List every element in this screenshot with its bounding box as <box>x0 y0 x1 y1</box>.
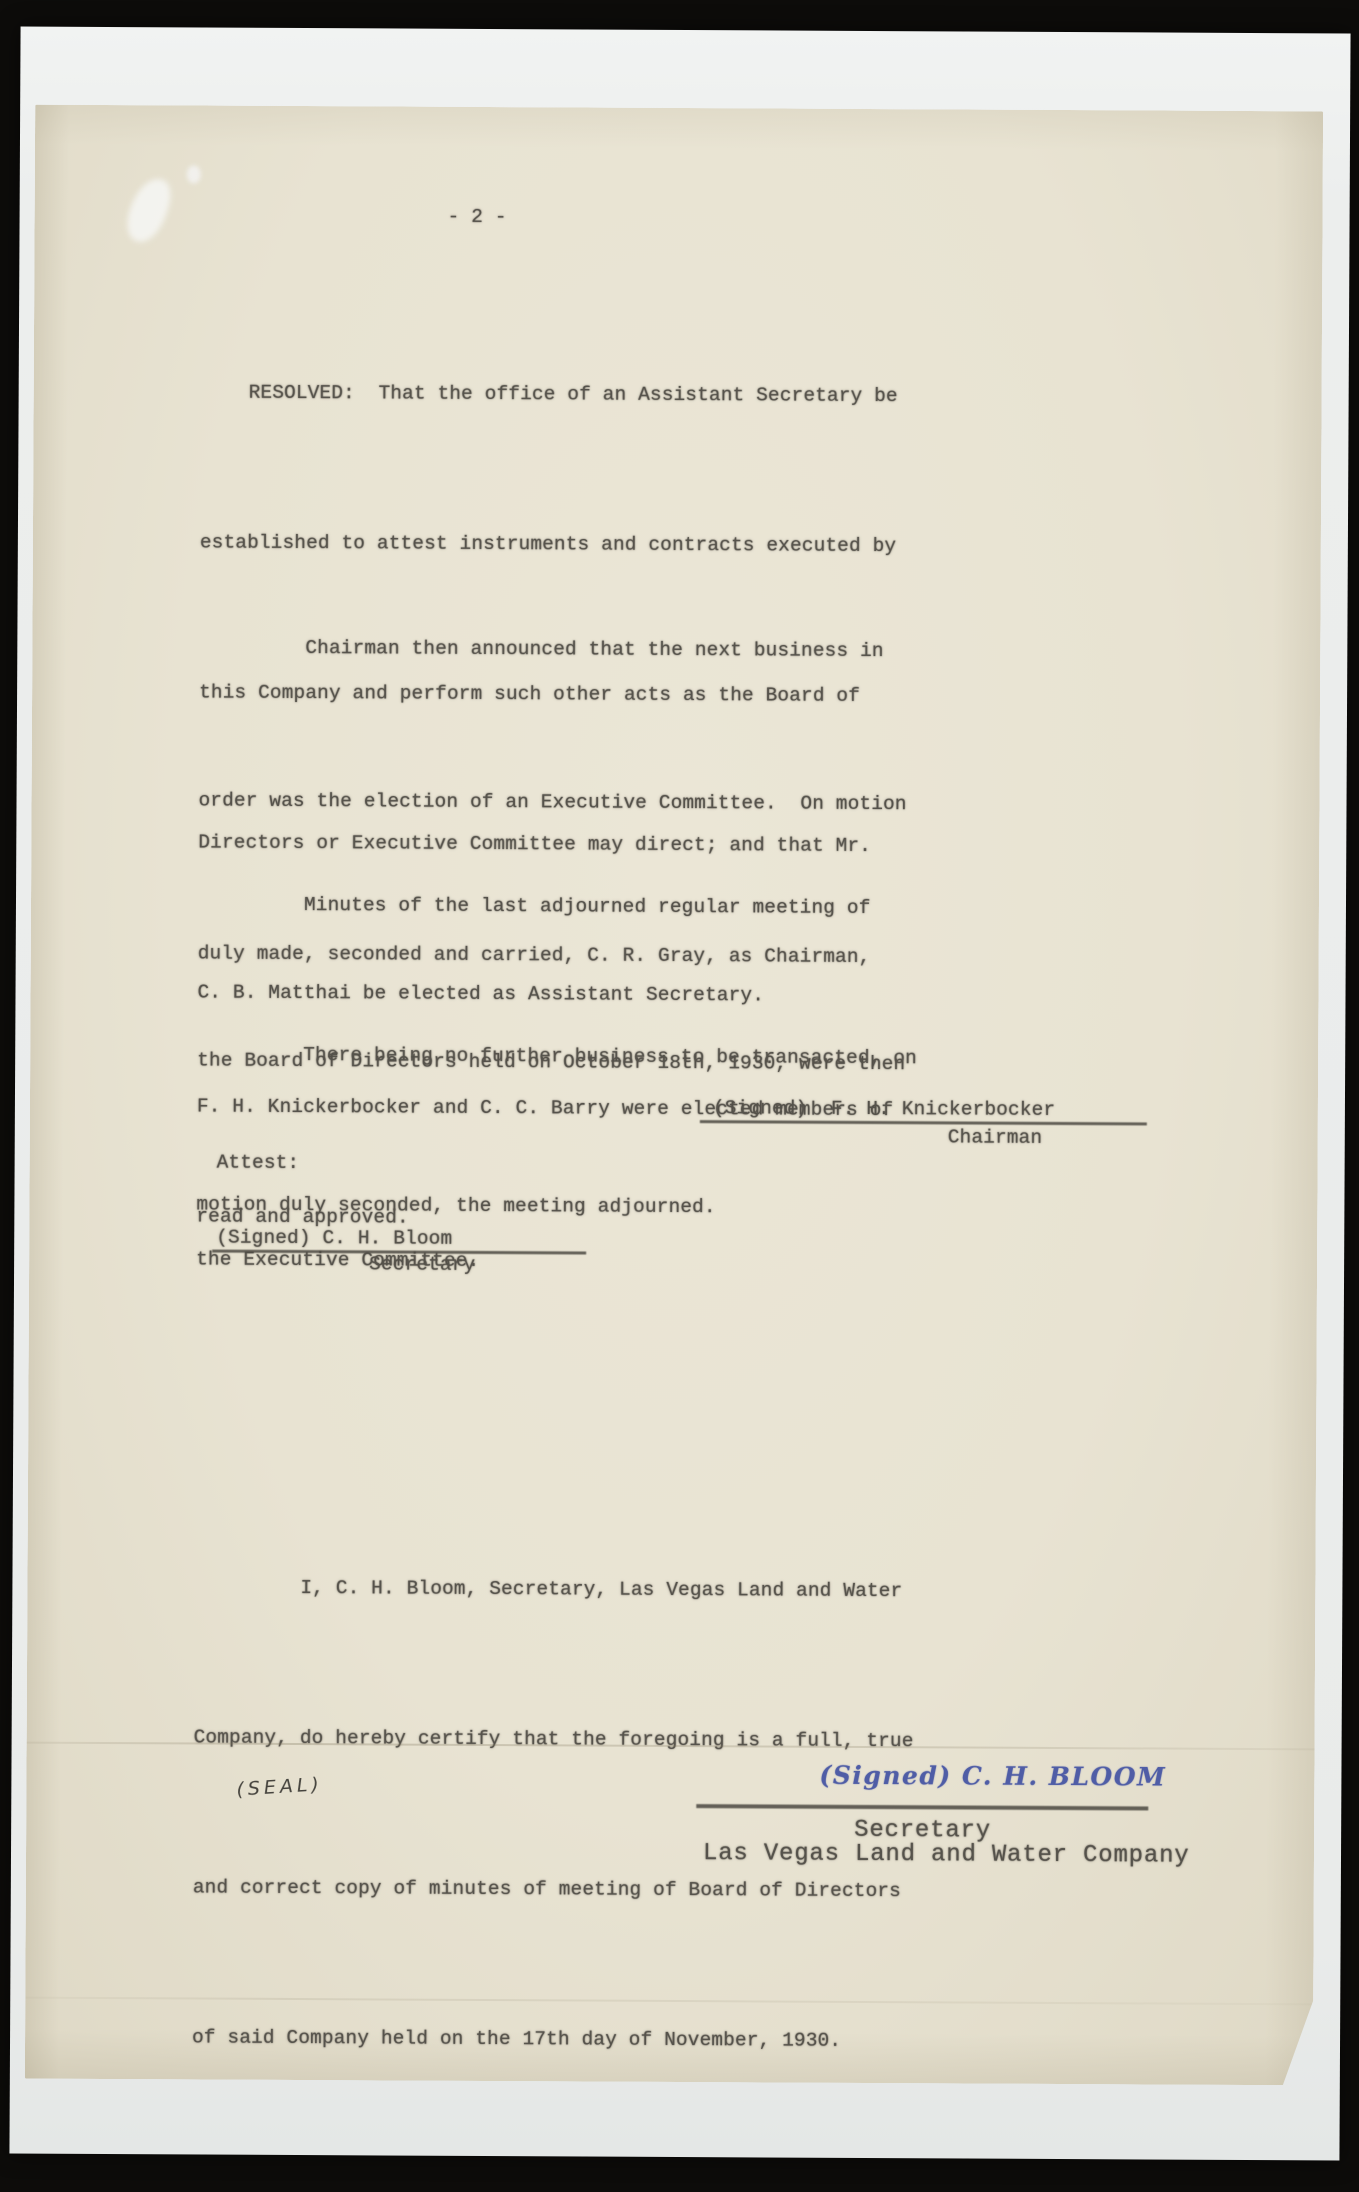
text-line: Company, do hereby certify that the fore… <box>193 1712 913 1766</box>
paragraph-certification: I, C. H. Bloom, Secretary, Las Vegas Lan… <box>191 1462 915 2166</box>
text-line: I, C. H. Bloom, Secretary, Las Vegas Lan… <box>194 1562 914 1616</box>
paper-scuff <box>121 173 176 247</box>
text-line: There being no further business to be tr… <box>197 1029 917 1083</box>
stamp-signature-bloom: (Signed) C. H. BLOOM <box>819 1761 1166 1792</box>
bottom-company-name: Las Vegas Land and Water Company <box>703 1834 1190 1877</box>
paper-scuff-small <box>187 165 201 183</box>
backing-sheet: - 2 - RESOLVED: That the office of an As… <box>9 27 1350 2161</box>
text-line: RESOLVED: That the office of an Assistan… <box>201 367 898 421</box>
signature-title-chairman: Chairman <box>948 1112 1043 1162</box>
attest-label: Attest: <box>217 1138 300 1188</box>
text-line: Chairman then announced that the next bu… <box>199 622 907 677</box>
page-number: - 2 - <box>447 192 506 242</box>
text-line: Minutes of the last adjourned regular me… <box>198 878 906 934</box>
document-page: - 2 - RESOLVED: That the office of an As… <box>25 105 1323 2086</box>
attest-title-secretary: Secretary <box>369 1239 475 1290</box>
scan-background: - 2 - RESOLVED: That the office of an As… <box>0 0 1359 2192</box>
text-line: of said Company held on the 17th day of … <box>192 2012 912 2066</box>
